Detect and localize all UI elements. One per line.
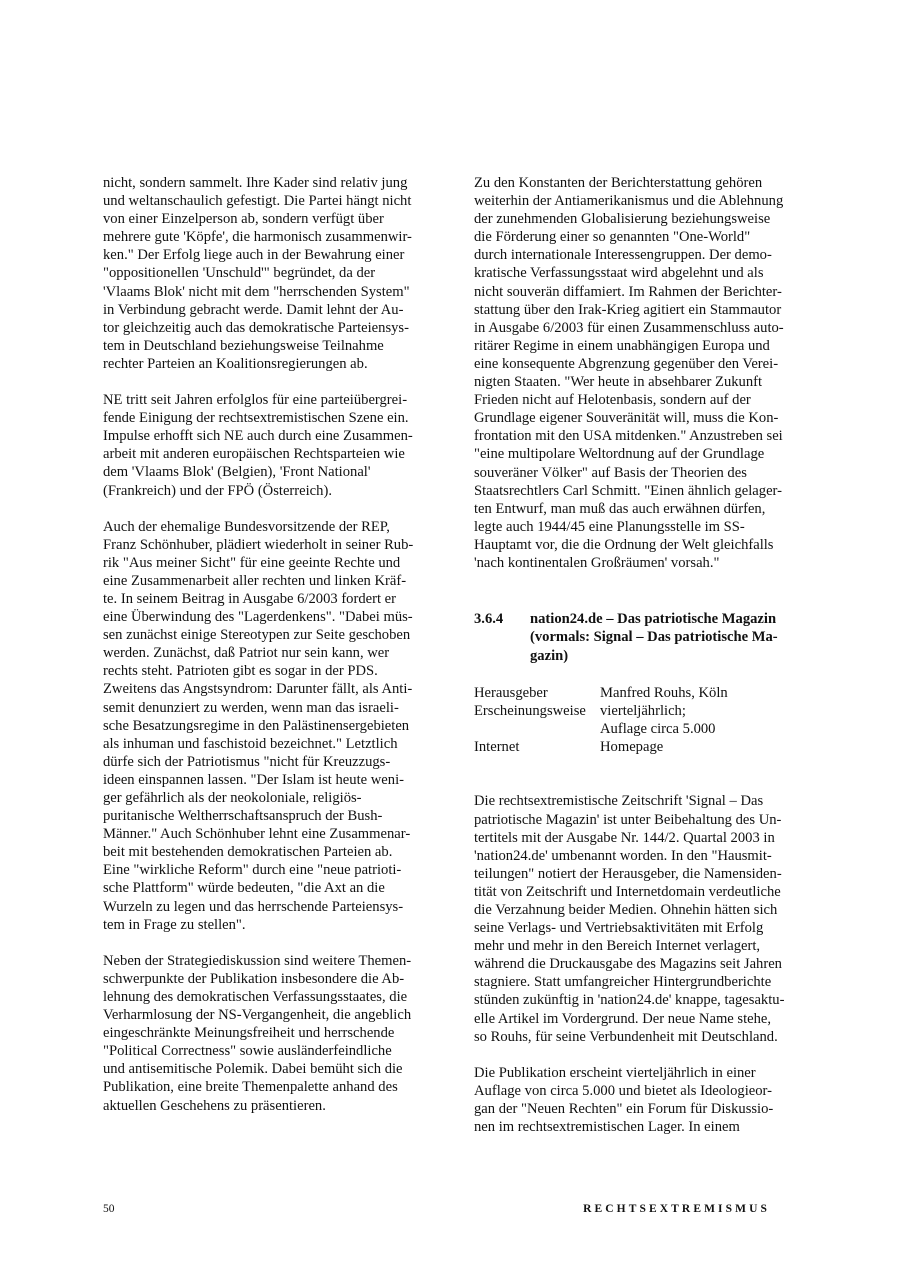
text-line: eine Zusammenarbeit aller rechten und li… <box>103 572 443 590</box>
text-line: NE tritt seit Jahren erfolglos für eine … <box>103 391 443 409</box>
text-line: patriotische Magazin' ist unter Beibehal… <box>474 811 814 829</box>
text-line: mehr und mehr in den Bereich Internet ve… <box>474 937 814 955</box>
text-line: semit denunziert zu werden, wenn man das… <box>103 699 443 717</box>
text-line: stünden zukünftig in 'nation24.de' knapp… <box>474 991 814 1009</box>
text-line: sche Besatzungsregime in den Palästinens… <box>103 717 443 735</box>
text-line: kratische Verfassungsstaat wird abgelehn… <box>474 264 814 282</box>
info-key-empty <box>474 720 600 738</box>
text-line: Die Publikation erscheint vierteljährlic… <box>474 1064 814 1082</box>
text-line: tem in Deutschland beziehungsweise Teiln… <box>103 337 443 355</box>
text-line: nen im rechtsextremistischen Lager. In e… <box>474 1118 814 1136</box>
text-line: Verharmlosung der NS-Vergangenheit, die … <box>103 1006 443 1024</box>
text-line: gan der "Neuen Rechten" ein Forum für Di… <box>474 1100 814 1118</box>
text-line: rechter Parteien an Koalitionsregierunge… <box>103 355 443 373</box>
text-line: rik "Aus meiner Sicht" für eine geeinte … <box>103 554 443 572</box>
text-line: ideen einspannen lassen. "Der Islam ist … <box>103 771 443 789</box>
text-line: nicht, sondern sammelt. Ihre Kader sind … <box>103 174 443 192</box>
text-line: Wurzeln zu legen und das herrschende Par… <box>103 898 443 916</box>
text-line: ten Entwurf, man muß das auch erwähnen d… <box>474 500 814 518</box>
page-footer: 50 RECHTSEXTREMISMUS <box>103 1203 770 1221</box>
text-line: te. In seinem Beitrag in Ausgabe 6/2003 … <box>103 590 443 608</box>
text-line: die Förderung einer so genannten "One-Wo… <box>474 228 814 246</box>
info-row-publisher: Herausgeber Manfred Rouhs, Köln <box>474 684 814 702</box>
text-line: weiterhin der Antiamerikanismus und die … <box>474 192 814 210</box>
text-line: dürfe sich der Patriotismus "nicht für K… <box>103 753 443 771</box>
section-number: 3.6.4 <box>474 610 503 628</box>
text-line: Auch der ehemalige Bundesvorsitzende der… <box>103 518 443 536</box>
text-line: Staatsrechtlers Carl Schmitt. "Einen ähn… <box>474 482 814 500</box>
text-line: in Ausgabe 6/2003 für einen Zusammenschl… <box>474 319 814 337</box>
text-line: Auflage von circa 5.000 und bietet als I… <box>474 1082 814 1100</box>
paragraph: Die Publikation erscheint vierteljährlic… <box>474 1064 814 1136</box>
section-heading: 3.6.4 nation24.de – Das patriotische Mag… <box>474 610 814 666</box>
text-line: legte auch 1944/45 eine Planungsstelle i… <box>474 518 814 536</box>
text-line: elle Artikel im Vordergrund. Der neue Na… <box>474 1010 814 1028</box>
text-line: in Verbindung gebracht werde. Damit lehn… <box>103 301 443 319</box>
text-line: tertitels mit der Ausgabe Nr. 144/2. Qua… <box>474 829 814 847</box>
running-title: RECHTSEXTREMISMUS <box>583 1203 770 1215</box>
text-line: rechts steht. Patrioten gibt es sogar in… <box>103 662 443 680</box>
text-line: stattung über den Irak-Krieg agitiert ei… <box>474 301 814 319</box>
left-column: nicht, sondern sammelt. Ihre Kader sind … <box>103 174 443 1133</box>
info-value: Homepage <box>600 738 663 756</box>
paragraph: nicht, sondern sammelt. Ihre Kader sind … <box>103 174 443 373</box>
section-title: nation24.de – Das patriotische Magazin (… <box>530 610 778 665</box>
text-line: aktuellen Geschehens zu präsentieren. <box>103 1097 443 1115</box>
text-line: eingeschränkte Meinungsfreiheit und herr… <box>103 1024 443 1042</box>
paragraph: Neben der Strategiediskussion sind weite… <box>103 952 443 1115</box>
text-line: nigten Staaten. "Wer heute in absehbarer… <box>474 373 814 391</box>
info-row-frequency: Erscheinungsweise vierteljährlich; <box>474 702 814 720</box>
right-body-paragraphs: Die rechtsextremistische Zeitschrift 'Si… <box>474 792 814 1136</box>
publication-info-table: Herausgeber Manfred Rouhs, Köln Erschein… <box>474 684 814 756</box>
intro-paragraph: Zu den Konstanten der Berichterstattung … <box>474 174 814 572</box>
paragraph: Die rechtsextremistische Zeitschrift 'Si… <box>474 792 814 1045</box>
text-line: tität von Zeitschrift und Internetdomain… <box>474 883 814 901</box>
text-line: Hauptamt vor, die die Ordnung der Welt g… <box>474 536 814 554</box>
text-line: lehnung des demokratischen Verfassungsst… <box>103 988 443 1006</box>
text-line: stagniere. Statt umfangreicher Hintergru… <box>474 973 814 991</box>
page-number: 50 <box>103 1203 115 1215</box>
section-title-line: gazin) <box>530 647 778 665</box>
text-line: Franz Schönhuber, plädiert wiederholt in… <box>103 536 443 554</box>
info-key: Internet <box>474 738 600 756</box>
text-line: beit mit bestehenden demokratischen Part… <box>103 843 443 861</box>
paragraph: NE tritt seit Jahren erfolglos für eine … <box>103 391 443 500</box>
text-line: puritanische Weltherrschaftsanspruch der… <box>103 807 443 825</box>
text-line: tem in Frage zu stellen". <box>103 916 443 934</box>
text-line: fende Einigung der rechtsextremistischen… <box>103 409 443 427</box>
info-key: Herausgeber <box>474 684 600 702</box>
text-line: die Verzahnung beider Medien. Ohnehin hä… <box>474 901 814 919</box>
info-row-circulation: Auflage circa 5.000 <box>474 720 814 738</box>
info-value: Auflage circa 5.000 <box>600 720 715 738</box>
text-line: Eine "wirkliche Reform" durch eine "neue… <box>103 861 443 879</box>
text-line: Neben der Strategiediskussion sind weite… <box>103 952 443 970</box>
text-line: Männer." Auch Schönhuber lehnt eine Zusa… <box>103 825 443 843</box>
text-line: 'Vlaams Blok' nicht mit dem "herrschende… <box>103 283 443 301</box>
info-value: Manfred Rouhs, Köln <box>600 684 728 702</box>
text-line: souveräner Völker" auf Basis der Theorie… <box>474 464 814 482</box>
text-line: teilungen" notiert der Herausgeber, die … <box>474 865 814 883</box>
text-line: von einer Einzelperson ab, sondern verfü… <box>103 210 443 228</box>
text-line: Die rechtsextremistische Zeitschrift 'Si… <box>474 792 814 810</box>
text-line: arbeit mit anderen europäischen Rechtspa… <box>103 445 443 463</box>
text-line: sche Plattform" würde bedeuten, "die Axt… <box>103 879 443 897</box>
text-line: 'nation24.de' umbenannt worden. In den "… <box>474 847 814 865</box>
text-line: mehrere gute 'Köpfe', die harmonisch zus… <box>103 228 443 246</box>
text-line: und weltanschaulich gefestigt. Die Parte… <box>103 192 443 210</box>
text-line: nicht souverän diffamiert. Im Rahmen der… <box>474 283 814 301</box>
text-line: während die Druckausgabe des Magazins se… <box>474 955 814 973</box>
text-line: durch internationale Interessengruppen. … <box>474 246 814 264</box>
text-line: Frieden nicht auf Helotenbasis, sondern … <box>474 391 814 409</box>
text-line: eine Überwindung des "Lagerdenkens". "Da… <box>103 608 443 626</box>
paragraph: Auch der ehemalige Bundesvorsitzende der… <box>103 518 443 934</box>
text-line: frontation mit den USA mitdenken." Anzus… <box>474 427 814 445</box>
text-line: ritärer Regime in einem unabhängigen Eur… <box>474 337 814 355</box>
text-line: "Political Correctness" sowie ausländerf… <box>103 1042 443 1060</box>
text-line: eine konsequente Abgrenzung gegenüber de… <box>474 355 814 373</box>
text-line: ken." Der Erfolg liege auch in der Bewah… <box>103 246 443 264</box>
right-column: Zu den Konstanten der Berichterstattung … <box>474 174 814 1154</box>
text-line: Grundlage eigener Souveränität will, mus… <box>474 409 814 427</box>
section-title-line: (vormals: Signal – Das patriotische Ma- <box>530 628 778 646</box>
text-line: (Frankreich) und der FPÖ (Österreich). <box>103 482 443 500</box>
text-line: "oppositionellen 'Unschuld'" begründet, … <box>103 264 443 282</box>
text-line: so Rouhs, für seine Verbundenheit mit De… <box>474 1028 814 1046</box>
text-line: Zu den Konstanten der Berichterstattung … <box>474 174 814 192</box>
info-value: vierteljährlich; <box>600 702 686 720</box>
text-line: seine Verlags- und Vertriebsaktivitäten … <box>474 919 814 937</box>
text-line: ger gefährlich als der neokoloniale, rel… <box>103 789 443 807</box>
text-line: Impulse erhofft sich NE auch durch eine … <box>103 427 443 445</box>
text-line: der zunehmenden Globalisierung beziehung… <box>474 210 814 228</box>
text-line: und antisemitische Polemik. Dabei bemüht… <box>103 1060 443 1078</box>
text-line: 'nach kontinentalen Großräumen' vorsah." <box>474 554 814 572</box>
text-line: tor gleichzeitig auch das demokratische … <box>103 319 443 337</box>
info-key: Erscheinungsweise <box>474 702 600 720</box>
text-line: schwerpunkte der Publikation insbesonder… <box>103 970 443 988</box>
text-line: Publikation, eine breite Themenpalette a… <box>103 1078 443 1096</box>
text-line: werden. Zunächst, daß Patriot nur sein k… <box>103 644 443 662</box>
text-line: dem 'Vlaams Blok' (Belgien), 'Front Nati… <box>103 463 443 481</box>
text-line: Zweitens das Angstsyndrom: Darunter fäll… <box>103 680 443 698</box>
text-line: "eine multipolare Weltordnung auf der Gr… <box>474 445 814 463</box>
text-line: sen zunächst einige Stereotypen zur Seit… <box>103 626 443 644</box>
text-line: als inhuman und faschistoid bezeichnet."… <box>103 735 443 753</box>
info-row-internet: Internet Homepage <box>474 738 814 756</box>
section-title-line: nation24.de – Das patriotische Magazin <box>530 610 778 628</box>
